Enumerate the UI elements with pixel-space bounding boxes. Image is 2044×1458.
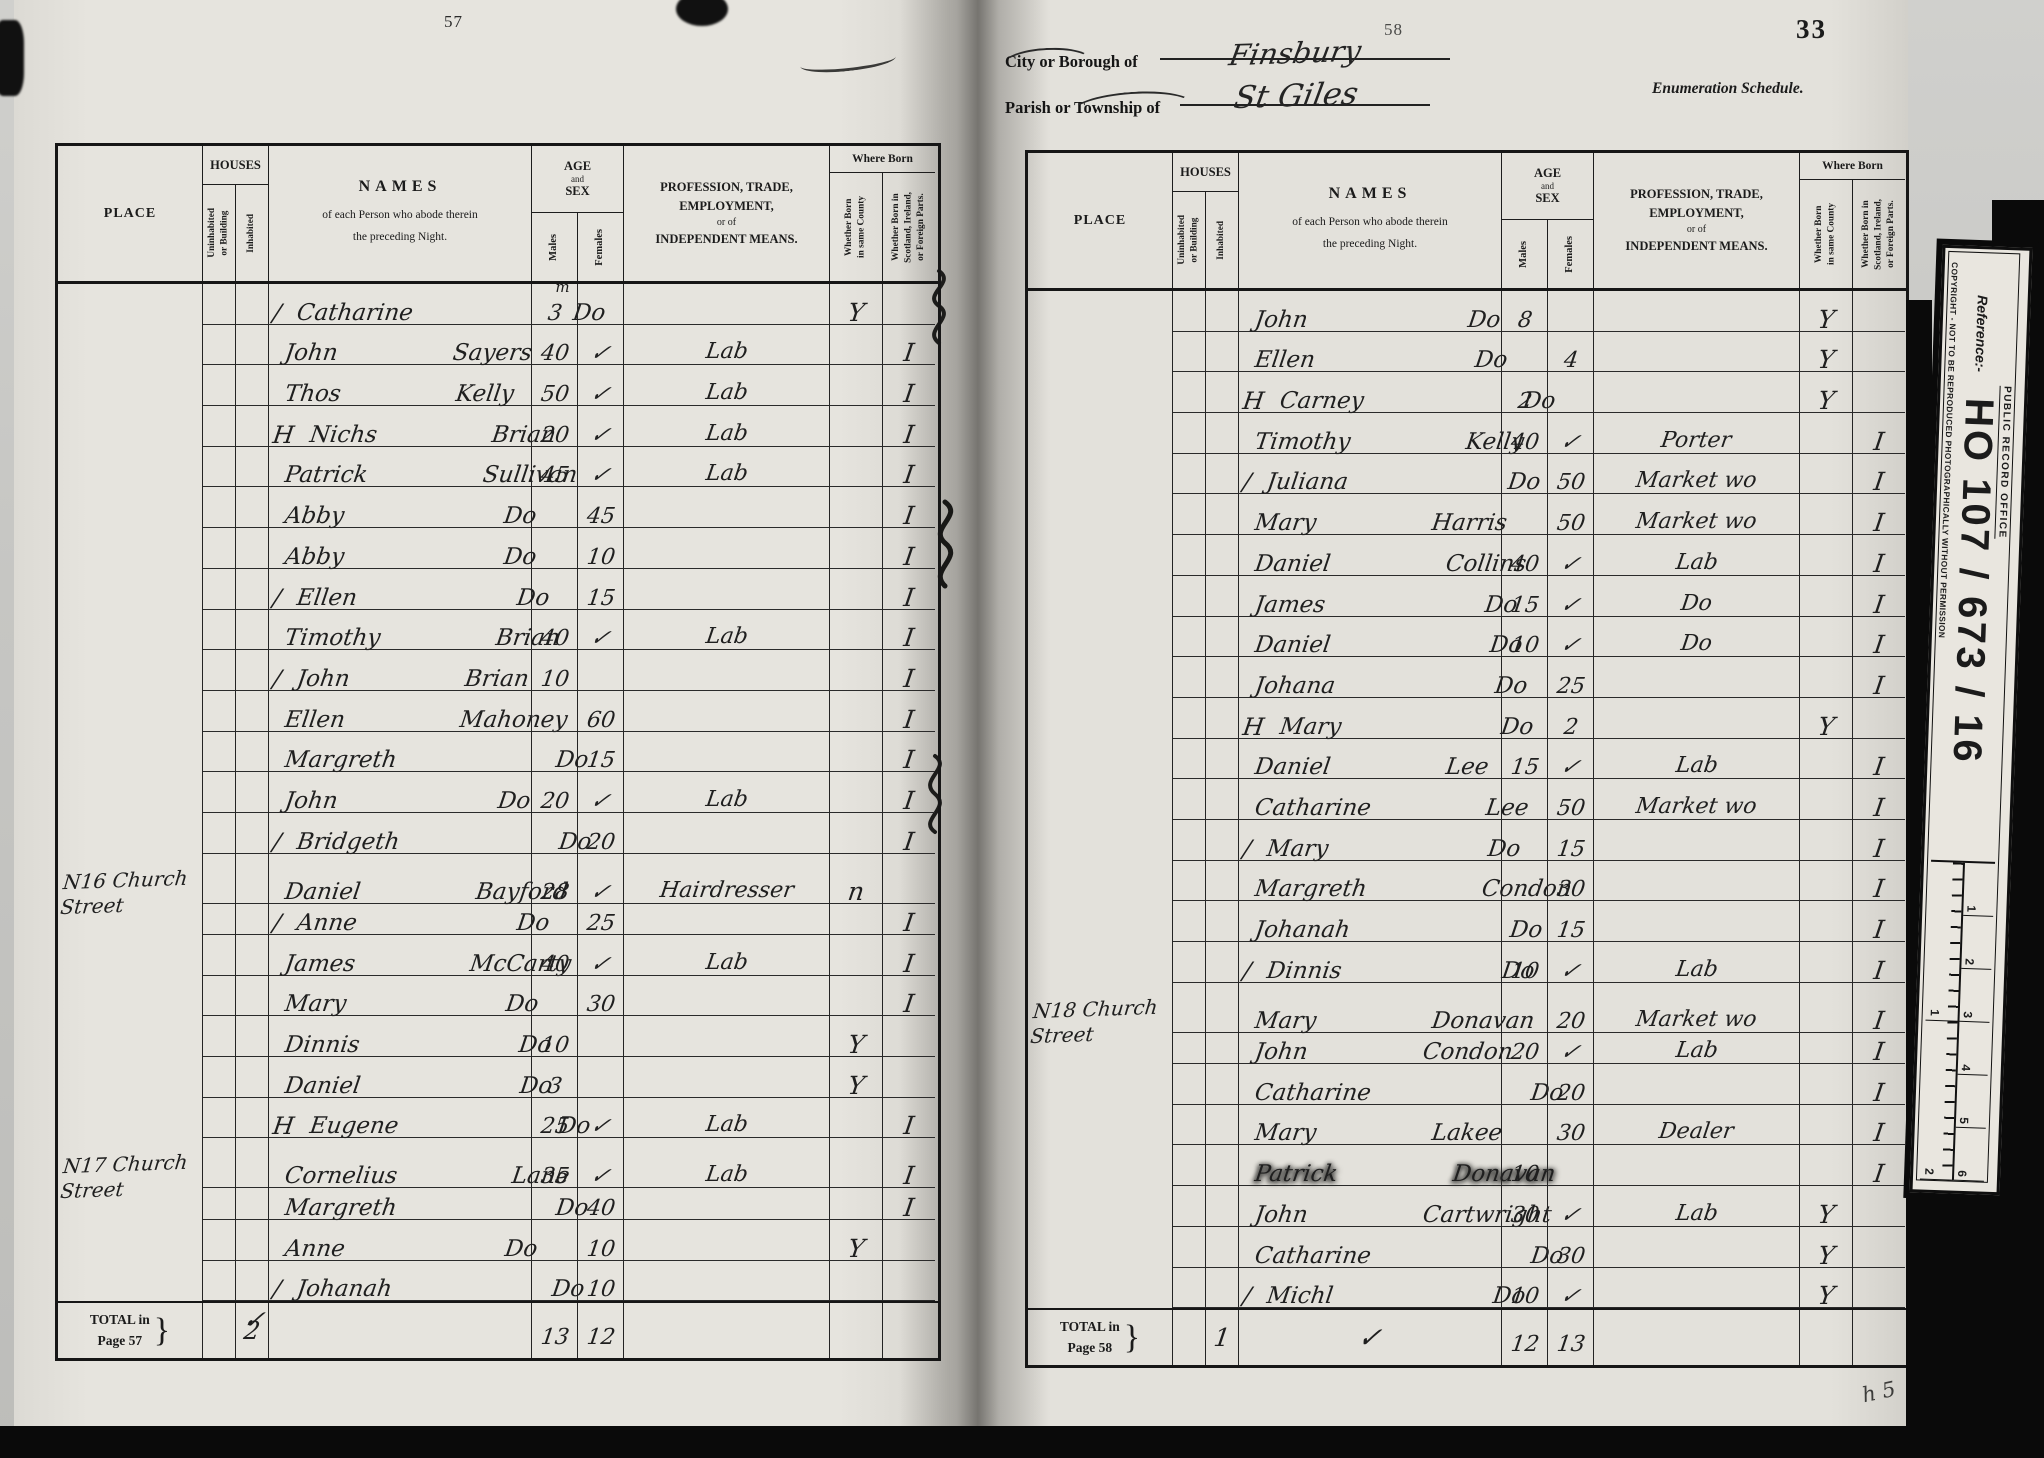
born-county-cell: Y [1800,332,1853,373]
house-inhabited-cell [1206,698,1239,739]
born-county-cell [1800,779,1853,820]
house-uninhabited-cell [203,894,236,935]
born-county-cell [830,732,883,773]
census-row: MargrethDo40I [58,1179,938,1220]
house-uninhabited-cell [1173,698,1206,739]
census-row: JohnSayers40✓LabI [58,325,938,366]
census-row: MaryHarris50Market woI [1028,494,1906,535]
name-cell: JohnDo [269,772,532,813]
name-cell: /EllenDo [269,569,532,610]
person-forename: Michl [1265,1279,1336,1313]
ruler: 1 2 3 4 5 6 1 2 [1920,860,1995,1182]
profession-value: Lab [703,376,750,410]
born-elsewhere-cell: I [1853,1145,1905,1186]
born-elsewhere-cell [883,1220,935,1261]
census-row: AbbyDo45I [58,487,938,528]
females-age-cell: ✓ [1548,1186,1594,1227]
females-age-cell: ✓ [1548,942,1594,983]
males-age-cell [532,976,578,1017]
profession-cell [1594,332,1800,373]
profession-value: Lab [1673,749,1720,783]
profession-cell [1594,820,1800,861]
place-header: PLACE [1028,153,1173,288]
total-inhabited-value: 1 [1212,1321,1233,1355]
house-inhabited-cell [236,894,269,935]
profession-cell [624,487,830,528]
house-inhabited-cell [1206,1227,1239,1268]
house-uninhabited-cell [203,935,236,976]
born-county-cell [830,365,883,406]
profession-cell [624,691,830,732]
city-borough-value: Finsbury [1227,34,1364,73]
place-cell [1028,1186,1173,1227]
born-county-cell [830,406,883,447]
born-county-cell: Y [830,1220,883,1261]
place-cell [1028,942,1173,983]
place-cell [1028,1064,1173,1105]
census-row: DanielCollins40✓LabI [1028,535,1906,576]
house-inhabited-cell [236,1016,269,1057]
females-age-cell: 50 [1548,779,1594,820]
where-born-header: Where Born Whether Born in same County W… [830,146,935,281]
born-elsewhere-cell [883,1057,935,1098]
profession-cell: Porter [1594,413,1800,454]
total-row: TOTAL inPage 58 } 1 ✓ 12 13 [1028,1308,1906,1365]
house-uninhabited-cell [1173,1268,1206,1309]
place-cell [58,1261,203,1302]
total-uninhabited-cell [1173,1310,1206,1365]
profession-cell [1594,1227,1800,1268]
females-age-cell: 25 [578,894,624,935]
house-inhabited-cell [236,325,269,366]
born-elsewhere-cell: I [883,976,935,1017]
total-males-cell: 13 [532,1303,578,1358]
profession-cell: Market wo [1594,454,1800,495]
name-cell: /DinnisDo [1239,942,1502,983]
born-county-cell [1800,739,1853,780]
name-cell: HMaryDo [1239,698,1502,739]
census-row: EllenMahoney60I [58,691,938,732]
profession-cell [1594,1145,1800,1186]
house-uninhabited-cell [203,487,236,528]
census-row: JohnCondon20✓LabI [1028,1023,1906,1064]
born-county-cell [830,691,883,732]
name-cell: /MichlDo [1239,1268,1502,1309]
house-inhabited-cell [1206,535,1239,576]
house-inhabited-cell [1206,1023,1239,1064]
males-header: Males [1517,241,1531,268]
house-uninhabited-cell [1173,739,1206,780]
born-elsewhere-cell: I [1853,413,1905,454]
total-inhabited-value: 2 [242,1314,263,1348]
place-cell [58,935,203,976]
house-uninhabited-cell [1173,494,1206,535]
total-inhabited-cell: 1 [1206,1310,1239,1365]
males-age-cell [532,894,578,935]
house-inhabited-cell [1206,576,1239,617]
born-elsewhere-cell [1853,332,1905,373]
enumeration-schedule-label: Enumeration Schedule. [1652,80,1804,98]
females-age-cell: ✓ [578,1098,624,1139]
total-names-cell: ✓ [1239,1310,1502,1365]
census-row: /AnneDo25I [58,894,938,935]
females-age-cell: 30 [1548,1105,1594,1146]
profession-value: Lab [703,1108,750,1142]
profession-cell [624,1057,830,1098]
table-header: PLACE HOUSES Uninhabited or Building Inh… [58,146,938,284]
house-uninhabited-cell [203,1179,236,1220]
place-cell [1028,739,1173,780]
total-row: TOTAL inPage 57 } ✓ 2 13 12 [58,1301,938,1358]
name-cell: /BridgethDo [269,813,532,854]
born-county-cell [1800,1023,1853,1064]
place-cell [58,365,203,406]
name-cell: MargrethCondon [1239,861,1502,902]
place-cell [1028,413,1173,454]
census-row: PatrickSullivan45✓LabI [58,447,938,488]
house-inhabited-cell [1206,861,1239,902]
total-names-cell [269,1303,532,1358]
total-uninhabited-cell [203,1303,236,1358]
females-age-cell [1548,291,1594,332]
females-age-cell [578,1057,624,1098]
census-row: /MichlDo10✓Y [1028,1268,1906,1309]
place-cell [1028,1023,1173,1064]
born-elsewhere-cell: I [883,528,935,569]
name-cell: JohnCartwright [1239,1186,1502,1227]
place-cell [1028,698,1173,739]
born-county-cell: Y [1800,1186,1853,1227]
males-age-cell [1502,779,1548,820]
males-age-cell: 2 [1502,372,1548,413]
right-page-number: 58 [1384,20,1403,40]
females-age-cell: 60 [578,691,624,732]
place-cell [58,1098,203,1139]
profession-value: Do [1679,627,1715,661]
house-inhabited-cell [1206,454,1239,495]
born-county-cell [1800,617,1853,658]
census-row: JohnDo20✓LabI [58,772,938,813]
born-county-cell [830,325,883,366]
males-age-cell: 15 [1502,739,1548,780]
females-age-cell [578,650,624,691]
place-cell [58,1016,203,1057]
name-cell: EllenDo [1239,332,1502,373]
females-age-cell: 2 [1548,698,1594,739]
name-cell: DanielDo [1239,617,1502,658]
males-age-cell [532,691,578,732]
census-row: MargrethDo15I [58,732,938,773]
name-cell: /JulianaDo [1239,454,1502,495]
females-age-cell: 4 [1548,332,1594,373]
name-cell: JohanahDo [1239,901,1502,942]
females-age-cell: ✓ [578,325,624,366]
born-elsewhere-cell [883,284,935,325]
males-age-cell: 40 [532,325,578,366]
total-profession-cell [624,1303,830,1358]
born-county-cell: Y [830,1057,883,1098]
house-inhabited-cell [1206,1145,1239,1186]
census-row: /MaryDo15I [1028,820,1906,861]
name-cell: JohanaDo [1239,657,1502,698]
profession-cell [1594,698,1800,739]
profession-cell [624,976,830,1017]
census-row: /BridgethDo20I [58,813,938,854]
house-uninhabited-cell [1173,820,1206,861]
females-age-cell: 50 [1548,454,1594,495]
females-age-cell: 45 [578,487,624,528]
born-county-cell [830,772,883,813]
house-inhabited-cell [236,1057,269,1098]
house-uninhabited-cell [203,976,236,1017]
born-county-cell [1800,1105,1853,1146]
table-body: /CatharineDom3YJohnSayers40✓LabIThosKell… [58,284,938,1301]
age-note: m [555,278,569,296]
born-county-cell [830,487,883,528]
profession-value: Do [1679,587,1715,621]
born-elsewhere-cell: I [883,1179,935,1220]
males-age-cell [532,1220,578,1261]
name-cell: /MaryDo [1239,820,1502,861]
total-males-cell: 12 [1502,1310,1548,1365]
born-elsewhere-cell: I [1853,454,1905,495]
name-cell: CatharineDo [1239,1064,1502,1105]
born-elsewhere-cell: I [1853,820,1905,861]
total-females-cell: 13 [1548,1310,1594,1365]
place-cell [1028,576,1173,617]
profession-value: Lab [1673,546,1720,580]
profession-header: PROFESSION, TRADE, EMPLOYMENT, or of IND… [624,146,830,281]
house-uninhabited-cell [203,325,236,366]
born-elsewhere-cell: I [1853,657,1905,698]
house-inhabited-cell [236,528,269,569]
born-county-cell [1800,454,1853,495]
left-page-number: 57 [444,12,463,32]
house-uninhabited-cell [1173,657,1206,698]
males-age-cell: 10 [1502,1268,1548,1309]
profession-cell [624,1220,830,1261]
name-cell: TimothyKelly [1239,413,1502,454]
profession-value: Lab [1673,1034,1720,1068]
house-inhabited-cell [236,1220,269,1261]
name-cell: DanielLee [1239,739,1502,780]
males-age-cell [532,487,578,528]
name-cell: /CatharineDo [269,284,532,325]
profession-cell [624,284,830,325]
profession-cell [1594,861,1800,902]
males-age-cell [1502,698,1548,739]
males-age-cell [1502,1064,1548,1105]
females-age-cell: ✓ [578,406,624,447]
profession-value: Market wo [1634,790,1759,824]
place-cell [58,487,203,528]
place-cell [58,447,203,488]
females-age-cell: ✓ [1548,576,1594,617]
profession-cell: Lab [624,1098,830,1139]
profession-value: Market wo [1634,505,1759,539]
census-table-page-57: PLACE HOUSES Uninhabited or Building Inh… [55,143,941,1361]
total-label-cell: TOTAL inPage 57 } [58,1303,203,1358]
census-row: N18 Church StreetMaryDonavan20Market woI [1028,983,1906,1024]
place-cell [1028,820,1173,861]
house-inhabited-cell [236,650,269,691]
name-cell: HCarneyDo [1239,372,1502,413]
females-age-cell: ✓ [1548,1023,1594,1064]
profession-cell [624,569,830,610]
females-age-cell: ✓ [578,365,624,406]
total-born-elsewhere-cell [883,1303,935,1358]
born-county-cell [830,569,883,610]
census-row: JohnCartwright30✓LabY [1028,1186,1906,1227]
house-mark: / [271,1272,284,1306]
house-inhabited-cell [236,406,269,447]
profession-value: Lab [703,946,750,980]
born-elsewhere-cell [1853,291,1905,332]
profession-cell: Lab [1594,535,1800,576]
enumerator-tick: ✓ [1356,1321,1384,1355]
name-cell: MargrethDo [269,732,532,773]
house-inhabited-cell [1206,413,1239,454]
males-age-cell: 10 [1502,942,1548,983]
females-header: Females [593,229,607,266]
born-county-cell [1800,942,1853,983]
house-inhabited-cell [236,610,269,651]
house-uninhabited-cell [1173,1105,1206,1146]
born-elsewhere-cell: I [1853,617,1905,658]
females-age-cell: 40 [578,1179,624,1220]
name-cell: JohnSayers [269,325,532,366]
place-cell [1028,861,1173,902]
males-age-cell: 50 [532,365,578,406]
name-cell: HNichsBrian [269,406,532,447]
born-elsewhere-cell: I [1853,1105,1905,1146]
place-cell [58,569,203,610]
born-elsewhere-cell: I [883,487,935,528]
place-cell [58,610,203,651]
males-age-cell [1502,454,1548,495]
born-elsewhere-cell: I [1853,901,1905,942]
profession-cell: Lab [624,406,830,447]
born-elsewhere-cell: I [1853,942,1905,983]
house-uninhabited-cell [1173,1145,1206,1186]
place-cell [1028,372,1173,413]
profession-cell: Lab [624,325,830,366]
born-county-cell [830,1179,883,1220]
born-county-cell [1800,494,1853,535]
where-born-header: Where Born Whether Born in same County W… [1800,153,1905,288]
census-row: CatharineLee50Market woI [1028,779,1906,820]
house-inhabited-cell [1206,779,1239,820]
house-uninhabited-cell [203,447,236,488]
born-elsewhere-cell: I [883,813,935,854]
census-row: /DinnisDo10✓LabI [1028,942,1906,983]
census-row: /JohanahDo10 [58,1261,938,1302]
total-inhabited-cell: ✓ 2 [236,1303,269,1358]
profession-cell [624,894,830,935]
census-row: DanielDo10✓DoI [1028,617,1906,658]
house-inhabited-cell [236,1098,269,1139]
place-cell [58,284,203,325]
house-uninhabited-cell [1173,454,1206,495]
males-age-cell [1502,820,1548,861]
born-elsewhere-cell: I [1853,1064,1905,1105]
profession-value: Lab [1673,953,1720,987]
born-county-cell: Y [1800,291,1853,332]
born-elsewhere-cell: I [883,650,935,691]
males-age-cell [1502,861,1548,902]
females-age-cell: 20 [578,813,624,854]
born-county-cell [830,894,883,935]
profession-cell [624,1179,830,1220]
house-uninhabited-cell [1173,1186,1206,1227]
house-inhabited-cell [1206,332,1239,373]
age-sex-header: AGE and SEX Males Females [1502,153,1594,288]
profession-cell: Market wo [1594,779,1800,820]
males-age-cell: 3 [532,1057,578,1098]
born-elsewhere-cell [1853,1268,1905,1309]
born-county-cell: Y [1800,1227,1853,1268]
born-elsewhere-header: Whether Born in Scotland, Ireland, or Fo… [1860,199,1898,270]
born-elsewhere-cell: I [883,1098,935,1139]
born-elsewhere-cell: I [1853,576,1905,617]
house-inhabited-cell [236,487,269,528]
profession-value: Lab [703,335,750,369]
born-county-cell [1800,820,1853,861]
profession-cell [624,732,830,773]
profession-cell: Lab [624,935,830,976]
born-county-header: Whether Born in same County [843,196,868,258]
females-age-cell: 25 [1548,657,1594,698]
profession-cell: Market wo [1594,494,1800,535]
house-uninhabited-cell [1173,372,1206,413]
males-age-cell [1502,332,1548,373]
name-cell: /AnneDo [269,894,532,935]
born-county-cell: Y [830,1016,883,1057]
females-age-cell: 30 [1548,1227,1594,1268]
census-row: PatrickDonavan10I [1028,1145,1906,1186]
house-uninhabited-cell [1173,779,1206,820]
house-uninhabited-cell [1173,1064,1206,1105]
born-elsewhere-cell: I [883,406,935,447]
census-table-page-58: PLACE HOUSES Uninhabited or Building Inh… [1025,150,1909,1368]
females-age-cell [578,284,624,325]
females-age-cell: 20 [1548,1064,1594,1105]
males-age-cell [532,813,578,854]
females-age-cell [1548,372,1594,413]
males-age-cell: 15 [1502,576,1548,617]
place-cell [1028,1145,1173,1186]
names-header: NAMES of each Person who abode therein t… [1239,153,1502,288]
house-inhabited-cell [236,772,269,813]
name-cell: PatrickDonavan [1239,1145,1502,1186]
census-row: DanielLee15✓LabI [1028,739,1906,780]
males-age-cell: 30 [1502,1186,1548,1227]
census-row: CatharineDo20I [1028,1064,1906,1105]
house-uninhabited-cell [203,365,236,406]
females-age-cell: ✓ [578,935,624,976]
born-elsewhere-cell: I [883,691,935,732]
profession-cell [624,813,830,854]
table-header: PLACE HOUSES Uninhabited or Building Inh… [1028,153,1906,291]
name-cell: MaryLakee [1239,1105,1502,1146]
place-cell [58,976,203,1017]
born-county-cell [1800,901,1853,942]
males-age-cell: 10 [1502,617,1548,658]
females-age-cell: 50 [1548,494,1594,535]
table-body: JohnDo8YEllenDo4YHCarneyDo2YTimothyKelly… [1028,291,1906,1308]
census-row: MaryLakee30DealerI [1028,1105,1906,1146]
place-cell [58,406,203,447]
